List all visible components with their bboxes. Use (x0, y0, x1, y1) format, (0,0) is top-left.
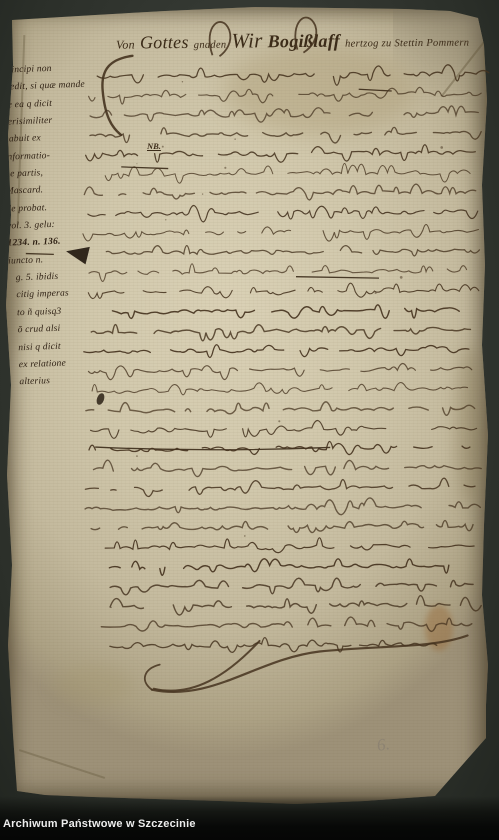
page-number: 6. (376, 734, 391, 756)
margin-note: alterius (19, 371, 105, 391)
manuscript-page: VonGottesgnadenWirBogißlaffhertzog zu St… (5, 5, 489, 805)
corner-fold-shadow (393, 9, 483, 119)
heading-ruler-name: Bogißlaff (268, 31, 341, 52)
margin-note: credit, si quæ mande (2, 77, 95, 98)
heading-word: Wir (231, 28, 262, 52)
heading-titles: hertzog zu Stettin Pommern (345, 38, 469, 50)
stain (425, 605, 453, 651)
archive-scan: VonGottesgnadenWirBogißlaffhertzog zu St… (0, 0, 499, 840)
stain (225, 45, 415, 135)
crease-line (19, 749, 105, 779)
heading-word: Von (116, 37, 135, 51)
heading-line: VonGottesgnadenWirBogißlaffhertzog zu St… (116, 26, 488, 54)
stain (53, 665, 133, 705)
interlinear-note: NB. (147, 141, 161, 151)
heading-word: Gottes (140, 32, 189, 52)
stain (455, 345, 485, 505)
heading-word: gnaden (194, 40, 227, 51)
margin-annotations: Principi non credit, si quæ mande de ea … (0, 59, 105, 392)
ink-blot (95, 392, 106, 406)
archive-watermark: Archiwum Państwowe w Szczecinie (3, 818, 196, 830)
